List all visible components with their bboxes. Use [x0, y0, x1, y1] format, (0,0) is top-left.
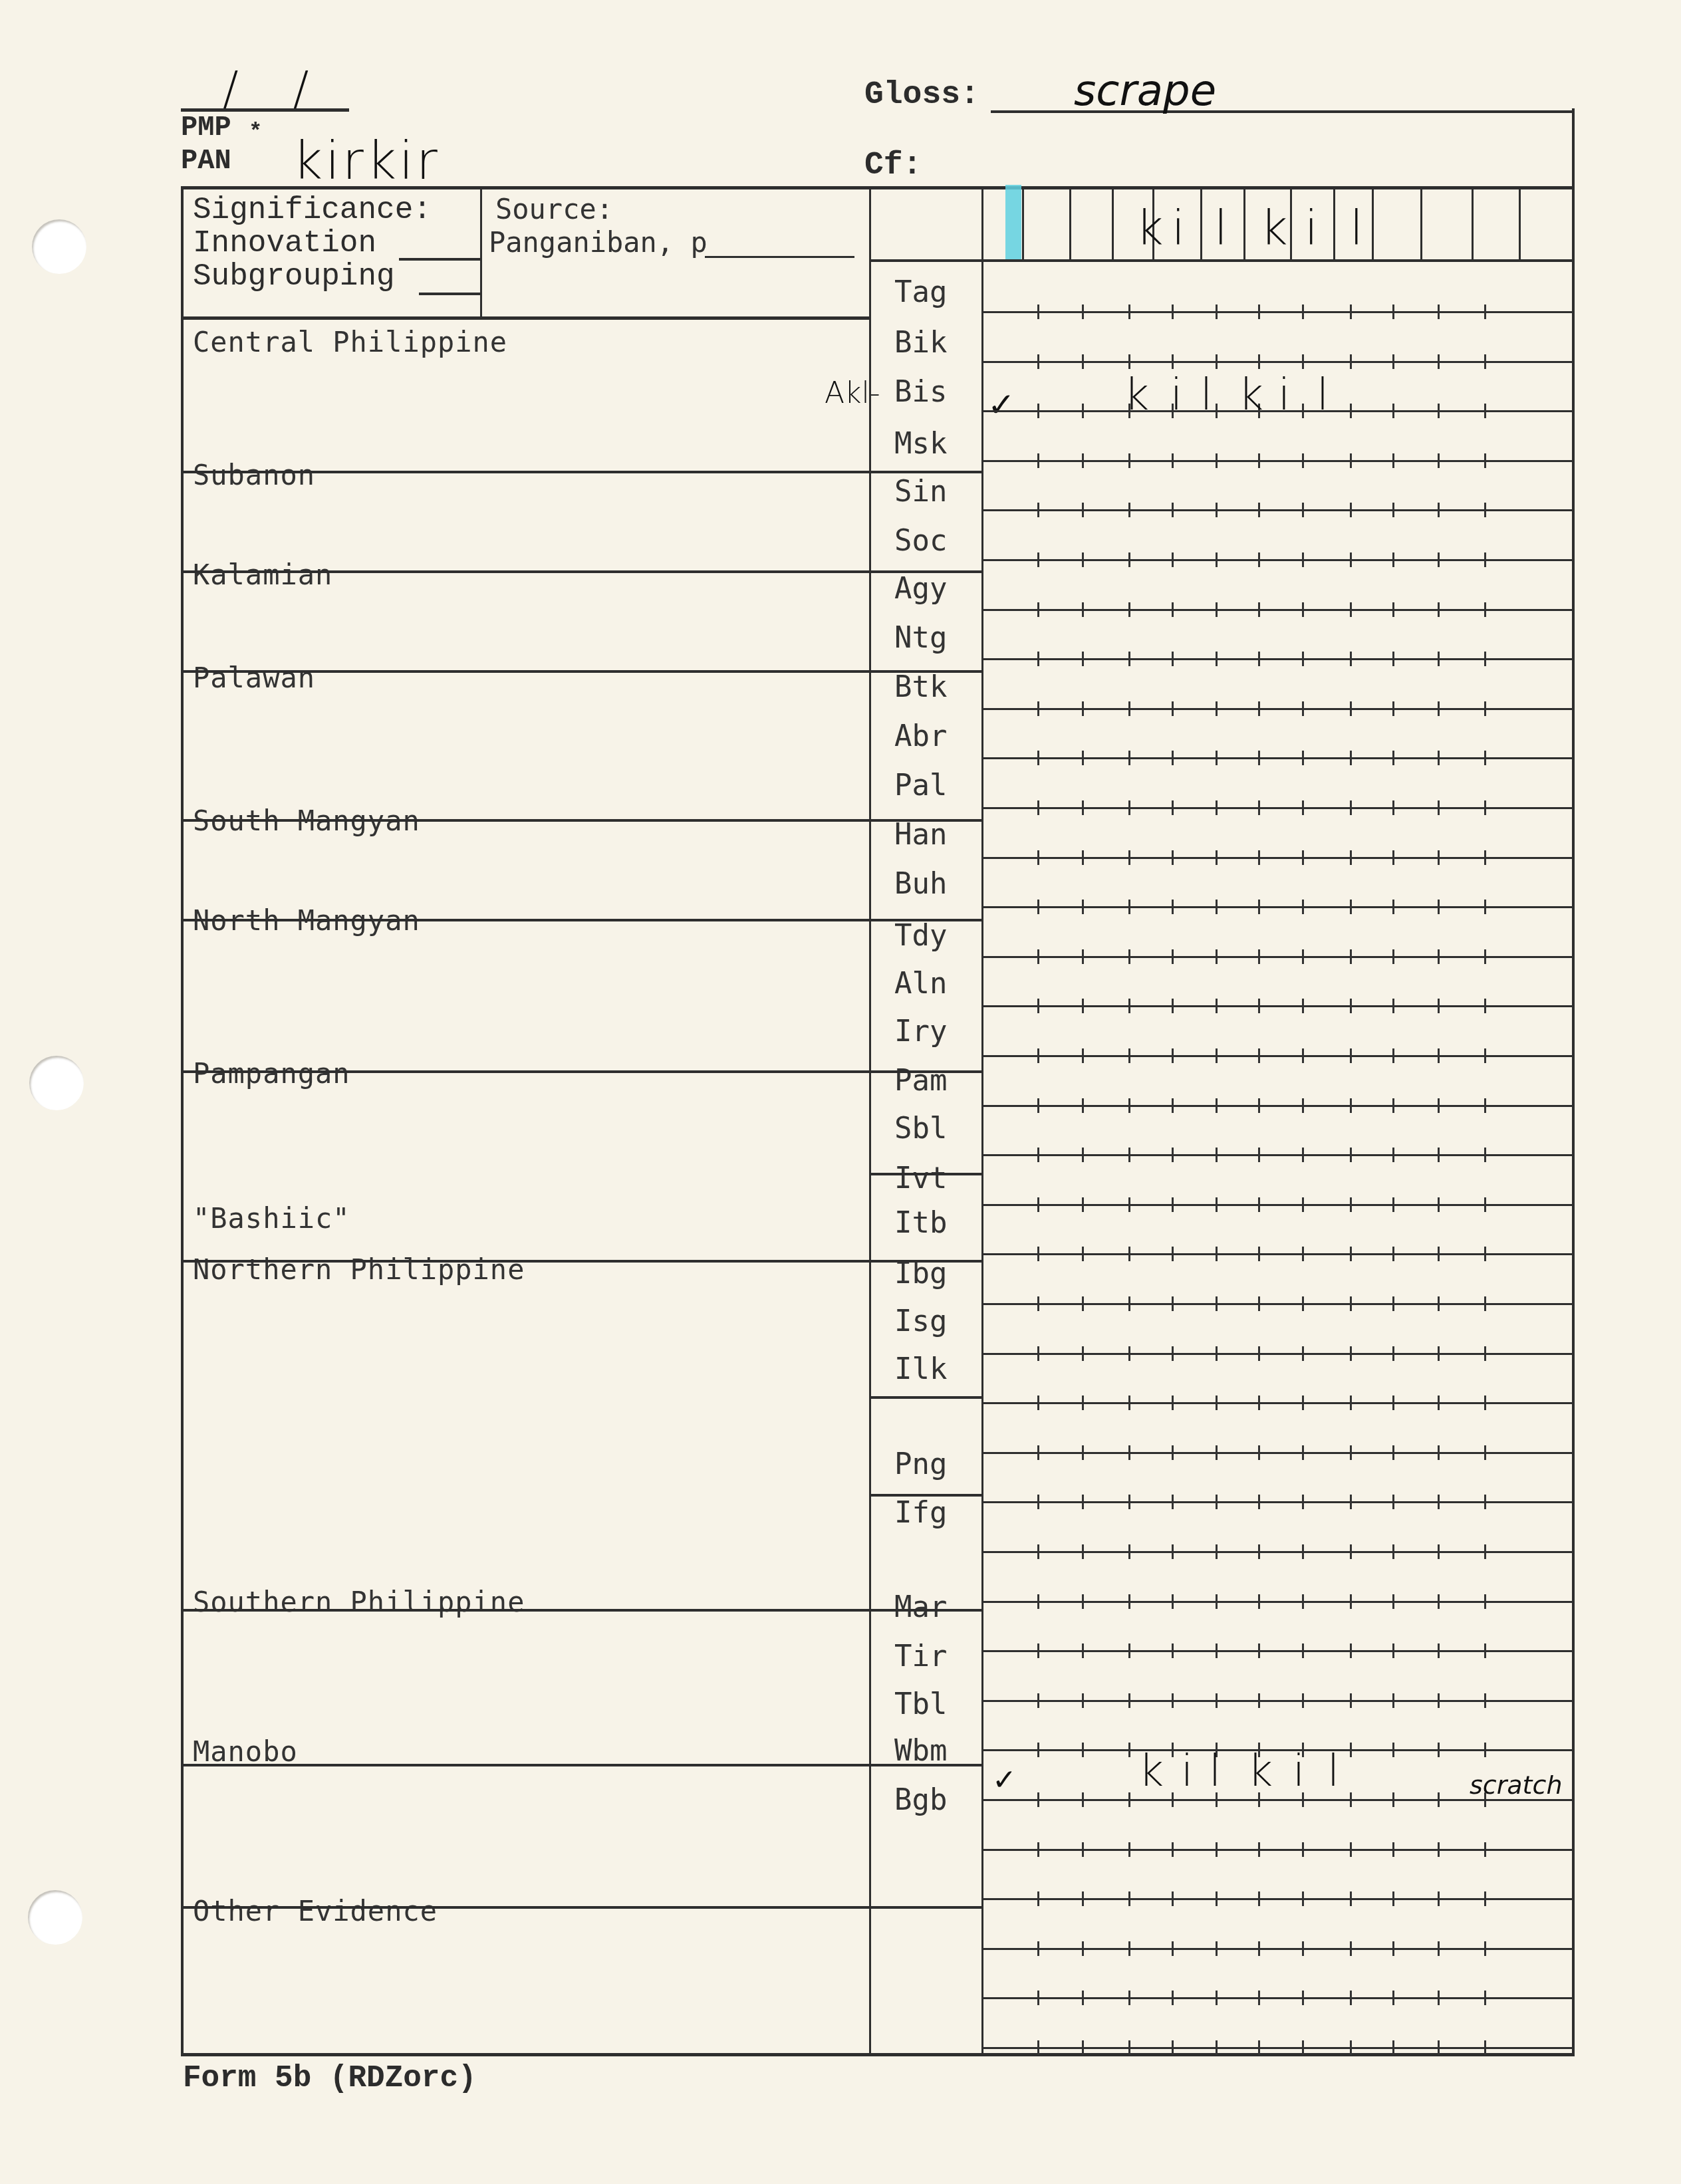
grid-tick	[1258, 850, 1260, 865]
grid-tick	[1037, 1743, 1039, 1757]
header-grid-divider	[1472, 188, 1474, 261]
wbm-form-letter: i	[1293, 1745, 1305, 1796]
grid-tick	[1302, 1247, 1304, 1261]
group-label: Northern Philippine	[193, 1253, 525, 1286]
grid-tick	[1128, 1842, 1130, 1857]
grid-tick	[1216, 999, 1218, 1013]
significance-source-divider	[480, 186, 482, 319]
grid-tick	[1438, 552, 1440, 567]
grid-tick	[1392, 1395, 1394, 1410]
grid-tick	[1438, 1247, 1440, 1261]
grid-tick	[1258, 751, 1260, 765]
grid-tick	[1484, 949, 1486, 964]
language-code-iry: Iry	[894, 1015, 974, 1048]
grid-tick	[1128, 652, 1130, 666]
group-divider	[181, 919, 983, 921]
grid-tick	[1350, 900, 1352, 914]
grid-tick	[1082, 850, 1084, 865]
group-label: Manobo	[193, 1735, 298, 1768]
grid-tick	[1350, 1891, 1352, 1906]
grid-tick	[1128, 1247, 1130, 1261]
grid-tick	[1392, 1941, 1394, 1956]
language-code-soc: Soc	[894, 524, 974, 558]
grid-tick	[1484, 1296, 1486, 1311]
grid-tick	[1258, 1495, 1260, 1509]
grid-tick	[1258, 354, 1260, 369]
group-divider	[181, 570, 983, 573]
grid-tick	[1438, 850, 1440, 865]
grid-tick	[1128, 602, 1130, 617]
grid-tick	[1258, 1247, 1260, 1261]
grid-tick	[1438, 1643, 1440, 1658]
grid-tick	[1082, 701, 1084, 716]
grid-tick	[1302, 800, 1304, 815]
header-grid-divider	[1200, 188, 1202, 261]
grid-tick	[1216, 602, 1218, 617]
bis-form-letter: k	[1238, 369, 1263, 420]
grid-tick	[1350, 404, 1352, 418]
grid-tick	[1438, 1991, 1440, 2005]
grid-tick	[1302, 1693, 1304, 1708]
grid-tick	[1350, 999, 1352, 1013]
grid-tick	[1216, 1098, 1218, 1113]
grid-tick	[1392, 1197, 1394, 1212]
grid-tick	[1216, 800, 1218, 815]
grid-tick	[1392, 1891, 1394, 1906]
grid-tick	[1350, 1296, 1352, 1311]
grid-tick	[1258, 2040, 1260, 2055]
grid-tick	[1172, 1594, 1174, 1609]
language-code-tdy: Tdy	[894, 919, 974, 953]
grid-tick	[1128, 552, 1130, 567]
bis-prefix-note: Akl-	[825, 376, 880, 410]
grid-tick	[1302, 1098, 1304, 1113]
grid-tick	[1082, 503, 1084, 517]
grid-tick	[1350, 751, 1352, 765]
grid-tick	[1128, 1197, 1130, 1212]
grid-tick	[1258, 1842, 1260, 1857]
grid-tick	[1037, 1445, 1039, 1460]
grid-tick	[1350, 1693, 1352, 1708]
language-code-bgb: Bgb	[894, 1783, 974, 1817]
grid-tick	[1350, 701, 1352, 716]
header-grid-divider	[1243, 188, 1245, 261]
language-code-tbl: Tbl	[894, 1687, 974, 1721]
grid-tick	[1082, 800, 1084, 815]
asterisk: *	[249, 120, 262, 145]
header-grid-divider	[1420, 188, 1422, 261]
grid-tick	[1037, 1395, 1039, 1410]
grid-tick	[1350, 1842, 1352, 1857]
grid-tick	[1037, 701, 1039, 716]
grid-tick	[1128, 1346, 1130, 1361]
header-grid-divider	[1112, 188, 1114, 261]
grid-tick	[1350, 304, 1352, 319]
grid-tick	[1350, 453, 1352, 468]
grid-tick	[1302, 404, 1304, 418]
grid-tick	[1037, 453, 1039, 468]
grid-tick	[1082, 1544, 1084, 1559]
grid-tick	[1172, 354, 1174, 369]
language-code-buh: Buh	[894, 867, 974, 901]
grid-tick	[1438, 1743, 1440, 1757]
grid-tick	[1392, 1148, 1394, 1162]
grid-tick	[1258, 1693, 1260, 1708]
grid-tick	[1258, 1346, 1260, 1361]
grid-tick	[1037, 503, 1039, 517]
grid-tick	[1350, 1346, 1352, 1361]
significance-title: Significance:	[193, 193, 432, 227]
grid-tick	[1172, 1643, 1174, 1658]
grid-tick	[1258, 453, 1260, 468]
grid-tick	[1172, 999, 1174, 1013]
grid-tick	[1128, 2040, 1130, 2055]
grid-tick	[1128, 1991, 1130, 2005]
grid-tick	[1258, 1941, 1260, 1956]
grid-tick	[1302, 1991, 1304, 2005]
grid-tick	[1216, 1693, 1218, 1708]
source-page-blank[interactable]	[705, 256, 854, 258]
grid-tick	[1392, 1991, 1394, 2005]
grid-tick	[1302, 1197, 1304, 1212]
grid-tick	[1484, 1693, 1486, 1708]
grid-tick	[1350, 1991, 1352, 2005]
grid-tick	[1484, 1941, 1486, 1956]
grid-tick	[1258, 1594, 1260, 1609]
grid-tick	[1128, 800, 1130, 815]
grid-tick	[1037, 1495, 1039, 1509]
grid-tick	[1037, 1247, 1039, 1261]
grid-tick	[1037, 1048, 1039, 1063]
grid-tick	[1484, 453, 1486, 468]
grid-tick	[1438, 1098, 1440, 1113]
abbr-subdivider	[869, 1173, 983, 1175]
grid-tick	[1438, 304, 1440, 319]
grid-tick	[1438, 1346, 1440, 1361]
grid-tick	[1484, 751, 1486, 765]
group-label: Palawan	[193, 662, 315, 694]
grid-tick	[1392, 999, 1394, 1013]
grid-tick	[1438, 1197, 1440, 1212]
innovation-blank[interactable]	[399, 258, 480, 261]
grid-tick	[1037, 1296, 1039, 1311]
grid-tick	[1258, 1048, 1260, 1063]
grid-tick	[1302, 2040, 1304, 2055]
grid-tick	[1350, 602, 1352, 617]
grid-tick	[1172, 850, 1174, 865]
group-divider	[181, 670, 983, 673]
grid-tick	[1082, 354, 1084, 369]
grid-tick	[1302, 701, 1304, 716]
grid-tick	[1216, 1395, 1218, 1410]
grid-tick	[1484, 1743, 1486, 1757]
grid-tick	[1392, 1643, 1394, 1658]
header-grid-letter: k	[1136, 199, 1164, 255]
wbm-check-icon: ✓	[992, 1763, 1017, 1797]
number-marks: / /	[223, 61, 328, 116]
grid-tick	[1350, 503, 1352, 517]
grid-tick	[1082, 1197, 1084, 1212]
grid-tick	[1302, 751, 1304, 765]
grid-tick	[1392, 552, 1394, 567]
grid-tick	[1082, 453, 1084, 468]
reconstruction-form[interactable]: kirkir	[293, 132, 440, 191]
grid-tick	[1216, 2040, 1218, 2055]
group-label: Kalamian	[193, 558, 332, 591]
grid-tick	[1350, 1792, 1352, 1807]
grid-tick	[1128, 1941, 1130, 1956]
grid-tick	[1172, 1792, 1174, 1807]
grid-tick	[1037, 1842, 1039, 1857]
top-right-border	[1572, 108, 1575, 188]
language-code-sin: Sin	[894, 475, 974, 509]
grid-tick	[1484, 1891, 1486, 1906]
grid-tick	[1172, 900, 1174, 914]
language-code-abr: Abr	[894, 719, 974, 753]
grid-tick	[1350, 1743, 1352, 1757]
language-code-agy: Agy	[894, 572, 974, 606]
grid-tick	[1392, 1594, 1394, 1609]
language-code-ntg: Ntg	[894, 621, 974, 655]
grid-tick	[1216, 1148, 1218, 1162]
grid-tick	[1392, 850, 1394, 865]
grid-tick	[1484, 1643, 1486, 1658]
grid-tick	[1082, 1346, 1084, 1361]
grid-tick	[1302, 1445, 1304, 1460]
grid-tick	[1082, 900, 1084, 914]
bis-check-icon: ✓	[987, 386, 1015, 424]
grid-tick	[1392, 701, 1394, 716]
binder-hole-bottom	[28, 1890, 82, 1945]
grid-tick	[1350, 800, 1352, 815]
grid-tick	[1128, 1891, 1130, 1906]
grid-tick	[1037, 552, 1039, 567]
grid-tick	[1128, 1643, 1130, 1658]
grid-tick	[1438, 1495, 1440, 1509]
grid-tick	[1128, 1048, 1130, 1063]
grid-tick	[1082, 1495, 1084, 1509]
grid-tick	[1392, 354, 1394, 369]
grid-tick	[1128, 503, 1130, 517]
grid-tick	[1128, 304, 1130, 319]
group-divider	[181, 819, 983, 822]
grid-tick	[1392, 1693, 1394, 1708]
subgrouping-label: Subgrouping	[193, 259, 395, 294]
grid-tick	[1128, 999, 1130, 1013]
grid-tick	[1082, 1148, 1084, 1162]
grid-tick	[1258, 1098, 1260, 1113]
grid-tick	[1438, 1544, 1440, 1559]
grid-tick	[1302, 1643, 1304, 1658]
grid-tick	[1082, 1941, 1084, 1956]
grid-tick	[1258, 652, 1260, 666]
grid-tick	[1172, 1148, 1174, 1162]
header-grid-letter: l	[1350, 199, 1363, 255]
grid-tick	[1392, 1048, 1394, 1063]
group-divider	[181, 1764, 983, 1766]
grid-tick	[1128, 1098, 1130, 1113]
grid-tick	[1258, 1395, 1260, 1410]
grid-tick	[1216, 1197, 1218, 1212]
grid-tick	[1392, 2040, 1394, 2055]
grid-tick	[1082, 999, 1084, 1013]
grid-tick	[1037, 1693, 1039, 1708]
grid-tick	[1216, 1842, 1218, 1857]
group-label: "Bashiic"	[193, 1202, 350, 1235]
grid-tick	[1258, 552, 1260, 567]
cf-label: Cf:	[864, 148, 922, 183]
grid-tick	[1484, 1445, 1486, 1460]
grid-tick	[1128, 1445, 1130, 1460]
grid-tick	[1350, 1048, 1352, 1063]
language-code-aln: Aln	[894, 967, 974, 1001]
grid-tick	[1216, 701, 1218, 716]
grid-tick	[1037, 354, 1039, 369]
grid-tick	[1082, 552, 1084, 567]
language-code-ilk: Ilk	[894, 1352, 974, 1386]
gloss-value[interactable]: scrape	[1074, 66, 1216, 116]
grid-tick	[1392, 1098, 1394, 1113]
language-code-ifg: Ifg	[894, 1496, 974, 1530]
grid-tick	[1082, 304, 1084, 319]
grid-tick	[1082, 1247, 1084, 1261]
grid-tick	[1438, 1693, 1440, 1708]
grid-tick	[1258, 1148, 1260, 1162]
grid-tick	[1258, 900, 1260, 914]
grid-tick	[1216, 1941, 1218, 1956]
grid-tick	[1302, 1594, 1304, 1609]
grid-tick	[1484, 1197, 1486, 1212]
grid-tick	[1037, 949, 1039, 964]
form-right-border	[1572, 186, 1575, 2056]
group-divider	[181, 471, 983, 473]
grid-tick	[1302, 1891, 1304, 1906]
grid-tick	[1172, 602, 1174, 617]
grid-tick	[1392, 800, 1394, 815]
grid-tick	[1302, 850, 1304, 865]
grid-tick	[1216, 751, 1218, 765]
grid-tick	[1216, 552, 1218, 567]
grid-tick	[1216, 1991, 1218, 2005]
grid-tick	[1082, 1445, 1084, 1460]
grid-tick	[1082, 1395, 1084, 1410]
header-grid-divider	[1290, 188, 1292, 261]
grid-tick	[1302, 900, 1304, 914]
grid-tick	[1484, 602, 1486, 617]
form-bottom-border	[181, 2053, 1575, 2056]
grid-tick	[1350, 1098, 1352, 1113]
grid-tick	[1438, 900, 1440, 914]
header-grid-divider	[1372, 188, 1374, 261]
grid-tick	[1484, 1247, 1486, 1261]
wbm-form-letter: k	[1247, 1745, 1273, 1796]
grid-tick	[1438, 949, 1440, 964]
grid-tick	[1172, 1991, 1174, 2005]
form-left-border	[181, 186, 184, 2056]
grid-tick	[1172, 1098, 1174, 1113]
grid-tick	[1216, 453, 1218, 468]
grid-tick	[1216, 1048, 1218, 1063]
grid-tick	[1438, 354, 1440, 369]
grid-tick	[1082, 1891, 1084, 1906]
language-code-wbm: Wbm	[894, 1734, 974, 1768]
grid-tick	[1350, 354, 1352, 369]
grid-tick	[1350, 1643, 1352, 1658]
grid-tick	[1037, 652, 1039, 666]
grid-tick	[1392, 1743, 1394, 1757]
header-grid-letter: k	[1260, 199, 1288, 255]
grid-tick	[1082, 1693, 1084, 1708]
grid-tick	[1172, 552, 1174, 567]
group-abbr-divider	[869, 319, 871, 2056]
grid-tick	[1438, 1594, 1440, 1609]
grid-tick	[1392, 1445, 1394, 1460]
grid-tick	[1172, 1296, 1174, 1311]
grid-tick	[1037, 2040, 1039, 2055]
grid-tick	[1172, 652, 1174, 666]
grid-tick	[1302, 1395, 1304, 1410]
language-code-ivt: Ivt	[894, 1161, 974, 1195]
grid-tick	[1438, 1891, 1440, 1906]
grid-tick	[1128, 354, 1130, 369]
grid-tick	[1350, 652, 1352, 666]
grid-tick	[1484, 304, 1486, 319]
grid-tick	[1438, 404, 1440, 418]
grid-tick	[1172, 1048, 1174, 1063]
grid-tick	[1082, 1842, 1084, 1857]
grid-tick	[1258, 1891, 1260, 1906]
grid-tick	[1392, 900, 1394, 914]
grid-tick	[1438, 999, 1440, 1013]
grid-tick	[1128, 1148, 1130, 1162]
grid-tick	[1302, 1941, 1304, 1956]
grid-tick	[1484, 800, 1486, 815]
grid-tick	[1392, 1247, 1394, 1261]
language-code-msk: Msk	[894, 427, 974, 461]
language-code-mar: Mar	[894, 1590, 974, 1624]
grid-tick	[1037, 1544, 1039, 1559]
grid-tick	[1392, 503, 1394, 517]
grid-tick	[1258, 1445, 1260, 1460]
grid-tick	[1438, 701, 1440, 716]
grid-tick	[1484, 552, 1486, 567]
language-code-png: Png	[894, 1447, 974, 1481]
grid-tick	[1172, 1743, 1174, 1757]
pan-label: PAN	[181, 145, 231, 177]
grid-tick	[1082, 602, 1084, 617]
grid-tick	[1484, 652, 1486, 666]
grid-tick	[1172, 1544, 1174, 1559]
grid-tick	[1037, 304, 1039, 319]
grid-tick	[1082, 1296, 1084, 1311]
grid-tick	[1258, 800, 1260, 815]
grid-tick	[1037, 999, 1039, 1013]
grid-tick	[1082, 1048, 1084, 1063]
subgrouping-blank[interactable]	[419, 293, 480, 295]
grid-tick	[1484, 503, 1486, 517]
grid-tick	[1082, 1991, 1084, 2005]
grid-tick	[1082, 949, 1084, 964]
grid-tick	[1172, 304, 1174, 319]
grid-tick	[1350, 850, 1352, 865]
highlight-mark	[1005, 185, 1021, 259]
grid-tick	[1438, 652, 1440, 666]
grid-tick	[1258, 1296, 1260, 1311]
grid-tick	[1172, 2040, 1174, 2055]
grid-tick	[1216, 304, 1218, 319]
grid-tick	[1302, 1842, 1304, 1857]
language-code-sbl: Sbl	[894, 1112, 974, 1146]
